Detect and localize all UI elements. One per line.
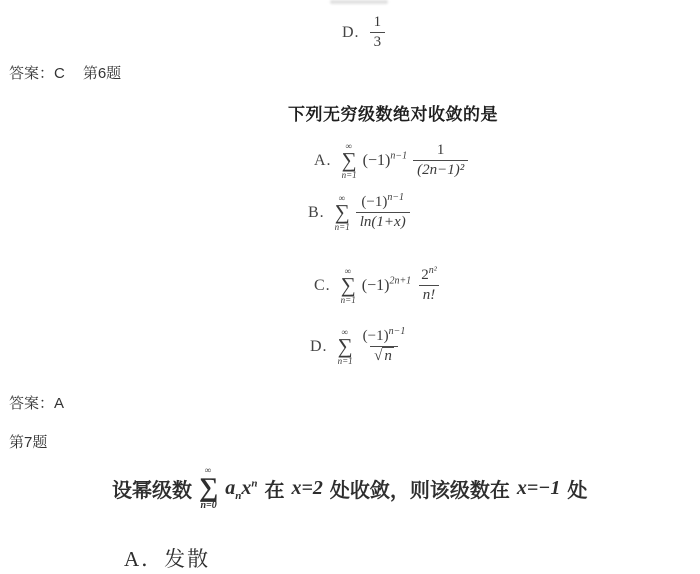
fraction: 1 (2n−1)² [413,142,468,180]
cropped-formula-remnant [330,0,388,4]
option-label: A. [314,152,332,170]
q6-option-b: B. ∞ ∑ n=1 (−1)n−1 ln(1+x) [308,194,410,232]
series-coefficient: (−1)n−1 [363,152,407,170]
stem-prefix: 设幂级数 [112,474,192,503]
fraction-denominator: (2n−1)² [413,160,468,179]
question6-label: 第6题 [83,65,121,82]
sigma-glyph: ∑ [341,276,356,296]
answer-text: 答案：C [9,65,65,82]
radicand: n [382,347,394,364]
fraction-numerator: (−1)n−1 [359,328,410,346]
fraction-numerator: 2n² [417,267,441,285]
q6-option-a: A. ∞ ∑ n=1 (−1)n−1 1 (2n−1)² [314,142,468,180]
q7-stem: 设幂级数 ∞ ∑ n=0 anxn 在 x=2 处收敛，则该级数在 x=−1 处 [112,466,587,511]
fraction: 2n² n! [417,267,441,305]
exam-document-page: D. 1 3 答案：C第6题 下列无穷级数绝对收敛的是 A. ∞ ∑ n=1 (… [0,0,700,574]
exponent: n−1 [387,192,404,203]
summation-symbol: ∞ ∑ n=1 [341,267,356,305]
answer-line-q5: 答案：C第6题 [9,62,121,83]
fraction: (−1)n−1 √n [359,328,410,366]
stem-mid2: 处收敛，则该级数在 [330,474,510,503]
sigma-glyph: ∑ [199,475,218,501]
power-series-term: anxn [225,477,257,500]
q7-option-a: A．发散 [124,543,210,573]
summation-symbol: ∞ ∑ n=0 [199,466,218,511]
fraction-denominator: √n [370,346,398,365]
summation-symbol: ∞ ∑ n=1 [342,142,357,180]
summation-symbol: ∞ ∑ n=1 [335,194,350,232]
summation-symbol: ∞ ∑ n=1 [338,328,353,366]
fraction-denominator: n! [419,285,440,304]
exponent: n−1 [390,151,407,162]
option-label: C. [314,277,331,295]
exponent: n [251,477,257,489]
answer-line-q6: 答案：A [9,392,64,413]
sigma-glyph: ∑ [335,203,350,223]
sum-lower-limit: n=1 [341,296,356,305]
q6-title: 下列无穷级数绝对收敛的是 [288,100,498,125]
condition-x-equals-2: x=2 [292,477,323,500]
exponent: n−1 [389,326,406,337]
option-label: D. [342,24,360,42]
q6-option-d: D. ∞ ∑ n=1 (−1)n−1 √n [310,328,409,366]
question7-label: 第7题 [9,431,47,452]
sum-lower-limit: n=0 [200,501,216,511]
sum-lower-limit: n=1 [338,357,353,366]
q6-option-c: C. ∞ ∑ n=1 (−1)2n+1 2n² n! [314,267,441,305]
series-coefficient: (−1)2n+1 [362,277,411,295]
sum-lower-limit: n=1 [335,223,350,232]
fraction-denominator: 3 [370,32,386,51]
option-label: D. [310,338,328,356]
fraction-denominator: ln(1+x) [356,212,410,231]
fraction-numerator: 1 [433,142,449,160]
exponent: n² [429,265,437,276]
prev-option-d: D. 1 3 [342,14,385,52]
sigma-glyph: ∑ [338,337,353,357]
option-label: B. [308,204,325,222]
condition-x-equals-neg1: x=−1 [517,477,561,500]
sigma-glyph: ∑ [342,151,357,171]
fraction-numerator: (−1)n−1 [357,194,408,212]
fraction-numerator: 1 [370,14,386,32]
stem-suffix: 处 [567,474,587,503]
sum-lower-limit: n=1 [342,171,357,180]
stem-mid1: 在 [265,474,285,503]
fraction-one-third: 1 3 [370,14,386,52]
fraction: (−1)n−1 ln(1+x) [356,194,410,232]
exponent: 2n+1 [389,276,411,287]
